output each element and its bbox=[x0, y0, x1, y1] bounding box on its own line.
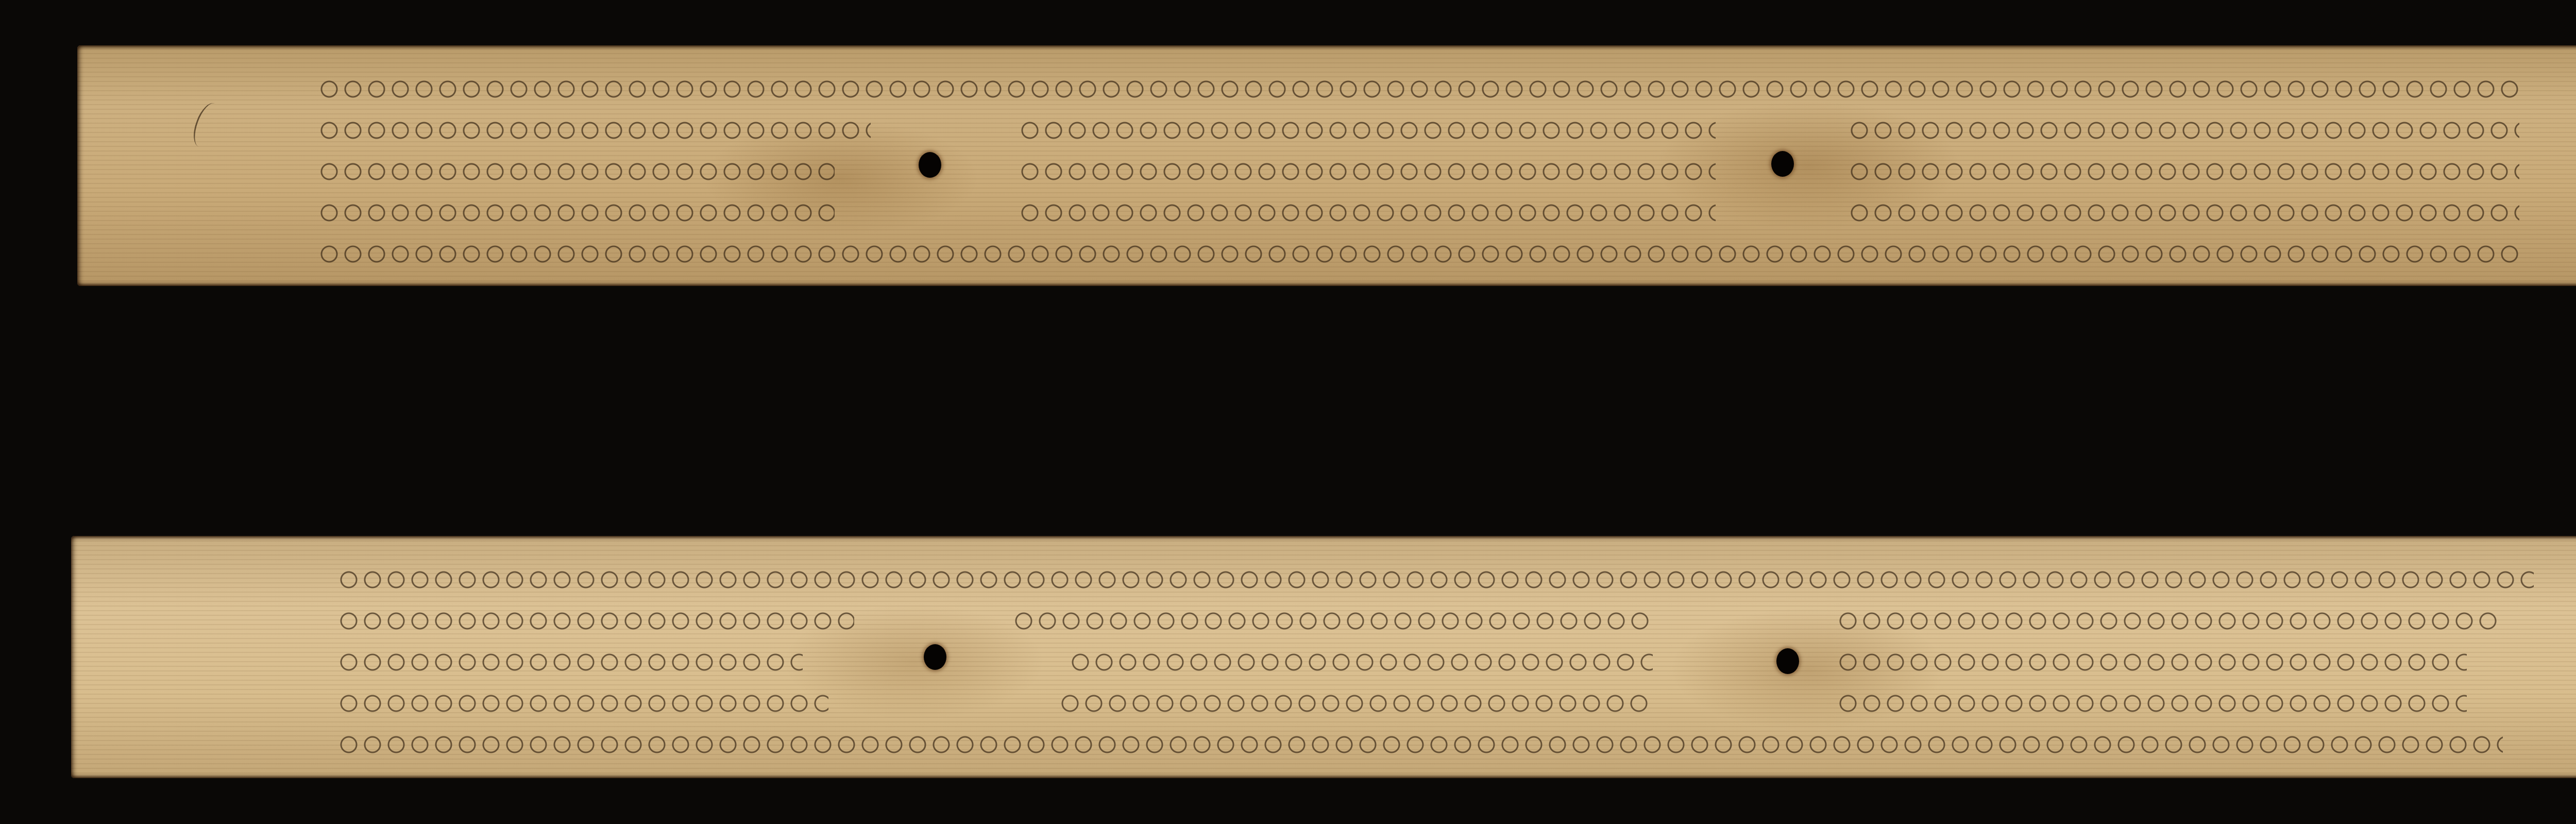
scene-description: Photograph of two palm-leaf manuscript f… bbox=[0, 0, 1, 1]
manuscript-text-line bbox=[1850, 115, 2519, 146]
manuscript-text-line bbox=[1020, 197, 1716, 228]
manuscript-text-line: Burmese script text line 2 bbox=[319, 115, 871, 146]
binding-hole-right bbox=[1776, 648, 1799, 674]
manuscript-text-line: Burmese script text line 5 bbox=[339, 729, 2503, 760]
manuscript-text-line bbox=[1020, 115, 1716, 146]
manuscript-text-line: Burmese script text line 4 bbox=[319, 197, 835, 228]
manuscript-text-line: Burmese script text line 4 bbox=[339, 688, 828, 719]
margin-loop-mark-icon bbox=[189, 99, 225, 150]
manuscript-text-line bbox=[1020, 156, 1716, 187]
binding-hole-left bbox=[924, 644, 946, 670]
manuscript-text-line: Burmese script text line 3 bbox=[319, 156, 835, 187]
manuscript-text-line bbox=[1060, 688, 1653, 719]
manuscript-text-line bbox=[1850, 156, 2519, 187]
binding-hole-right bbox=[1771, 151, 1794, 177]
manuscript-text-line bbox=[1850, 197, 2519, 228]
manuscript-text-line bbox=[1014, 606, 1653, 636]
manuscript-text-line: Burmese script text line 1 bbox=[319, 74, 2524, 105]
manuscript-text-line bbox=[1838, 606, 2498, 636]
manuscript-text-line: Burmese script text line 5 bbox=[319, 239, 2524, 270]
manuscript-text-line: Burmese script text line 1 bbox=[339, 564, 2534, 595]
manuscript-text-line bbox=[1838, 647, 2467, 678]
manuscript-text-line: Burmese script text line 2 bbox=[339, 606, 854, 636]
manuscript-text-line bbox=[1071, 647, 1653, 678]
binding-hole-left bbox=[919, 152, 941, 178]
manuscript-text-line: Burmese script text line 3 bbox=[339, 647, 803, 678]
manuscript-text-line bbox=[1838, 688, 2467, 719]
palm-leaf-top: Burmese script text line 1 Burmese scrip… bbox=[77, 45, 2576, 286]
palm-leaf-bottom: Burmese script text line 1 Burmese scrip… bbox=[71, 536, 2576, 778]
